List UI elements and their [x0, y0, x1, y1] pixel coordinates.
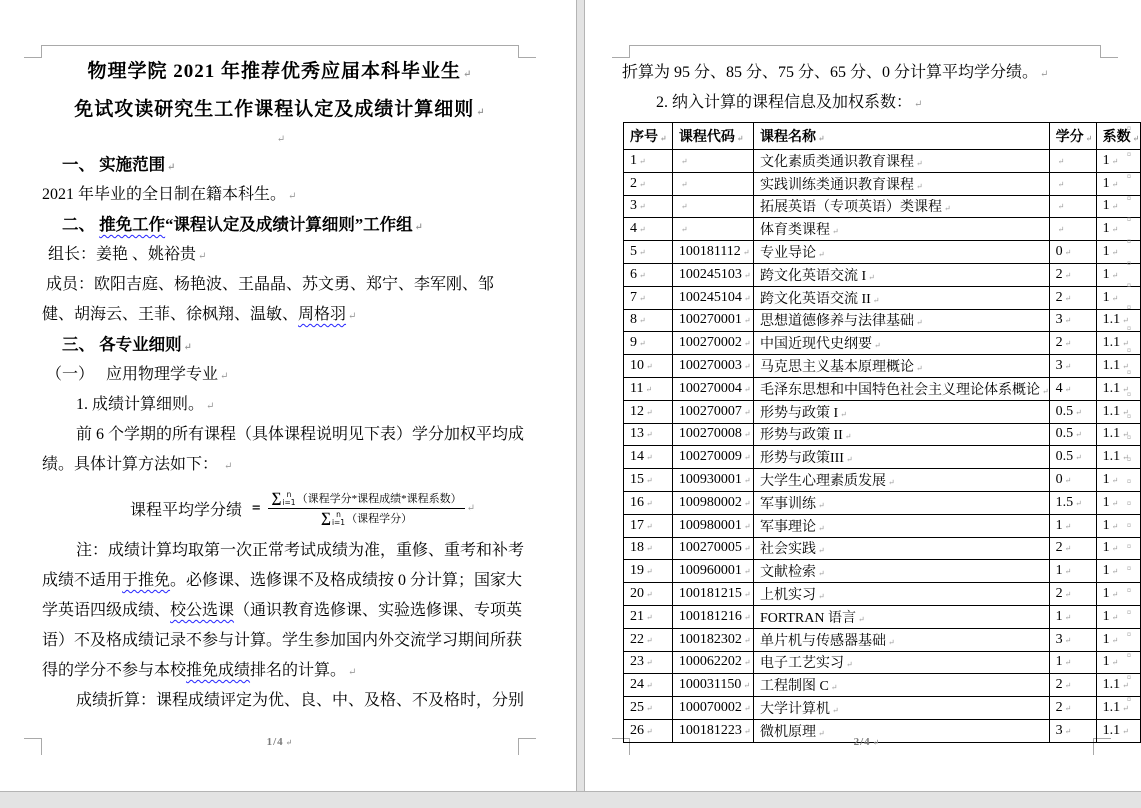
cell-end-mark: ↵	[744, 658, 751, 667]
cell-end-mark: ↵	[832, 706, 839, 715]
text-line[interactable]: 健、胡海云、王菲、徐枫翔、温敏、周格羽↵	[42, 300, 528, 330]
cell-end-mark: ↵	[1065, 590, 1072, 599]
table-cell[interactable]: 实践训练类通识教育课程↵	[753, 172, 1049, 195]
paragraph-mark: ↵	[463, 69, 472, 80]
table-cell[interactable]: 跨文化英语交流 I↵	[753, 263, 1049, 286]
table-cell[interactable]: 1.5↵	[1049, 491, 1096, 514]
table-cell[interactable]: 1↵	[1096, 286, 1140, 309]
table-cell[interactable]: 5↵	[624, 241, 673, 264]
table-cell[interactable]: 大学计算机↵	[753, 697, 1049, 720]
cell-end-mark: ↵	[744, 544, 751, 553]
table-cell[interactable]: 上机实习↵	[753, 583, 1049, 606]
text-line[interactable]: 成员：欧阳吉庭、杨艳波、王晶晶、苏文勇、郑宁、李军刚、邹	[42, 270, 528, 300]
page-2[interactable]: 折算为 95 分、85 分、75 分、65 分、0 分计算平均学分绩。↵2. 纳…	[585, 0, 1141, 791]
crop-mark-top-right	[1100, 45, 1118, 58]
paragraph-mark: ↵	[220, 371, 228, 382]
cell-end-mark: ↵	[1065, 567, 1072, 576]
table-cell[interactable]: 专业导论↵	[753, 241, 1049, 264]
table-cell[interactable]: 3↵	[1049, 719, 1096, 742]
table-cell[interactable]: 3↵	[1049, 355, 1096, 378]
cell-end-mark: ↵	[1122, 704, 1129, 713]
row-end-mark: ¤	[1127, 303, 1131, 312]
table-cell[interactable]: 17↵	[624, 514, 673, 537]
table-cell[interactable]: 1.1↵	[1096, 377, 1140, 400]
table-cell[interactable]: 100270005↵	[672, 537, 753, 560]
table-cell[interactable]: 1↵	[1096, 537, 1140, 560]
table-row: 13↵100270008↵形势与政策 II↵0.5↵1.1↵	[624, 423, 1141, 446]
table-cell[interactable]: ↵	[1049, 150, 1096, 173]
table-cell[interactable]: 1↵	[1096, 491, 1140, 514]
table-cell[interactable]: 社会实践↵	[753, 537, 1049, 560]
document-title-line-1[interactable]: 物理学院 2021 年推荐优秀应届本科毕业生↵	[42, 56, 518, 83]
text-line[interactable]: 1. 成绩计算细则。↵	[42, 390, 528, 420]
table-cell[interactable]: 2↵	[1049, 263, 1096, 286]
table-row: 23↵100062202↵电子工艺实习↵1↵1↵	[624, 651, 1141, 674]
cell-end-mark: ↵	[1065, 544, 1072, 553]
table-cell[interactable]: 100270004↵	[672, 377, 753, 400]
cell-end-mark: ↵	[681, 180, 688, 189]
cell-end-mark: ↵	[1122, 727, 1129, 736]
text-line[interactable]: 折算为 95 分、85 分、75 分、65 分、0 分计算平均学分绩。↵	[622, 58, 1122, 88]
table-cell[interactable]: 文化素质类通识教育课程↵	[753, 150, 1049, 173]
text-line[interactable]: 组长：姜艳 、姚裕贵↵	[42, 240, 528, 270]
spellcheck-underlined-text: 推免成绩	[186, 662, 250, 679]
text-line[interactable]: 注：成绩计算均取第一次正常考试成绩为准，重修、重考和补考	[42, 536, 528, 566]
table-row: 12↵100270007↵形势与政策 I↵0.5↵1.1↵	[624, 400, 1141, 423]
text-line[interactable]: 前 6 个学期的所有课程（具体课程说明见下表）学分加权平均成	[42, 420, 528, 450]
table-cell[interactable]: ↵	[1049, 218, 1096, 241]
gpa-formula[interactable]: 课程平均学分绩 = ∑ni=1（课程学分*课程成绩*课程系数） ∑ni=1（课程…	[42, 480, 528, 536]
cell-end-mark: ↵	[737, 134, 744, 143]
table-cell[interactable]: 24↵	[624, 674, 673, 697]
table-cell[interactable]: 2↵	[1049, 537, 1096, 560]
row-end-mark: ¤	[1127, 630, 1131, 639]
table-cell[interactable]: 16↵	[624, 491, 673, 514]
table-cell[interactable]: 2↵	[1049, 697, 1096, 720]
table-row: 7↵100245104↵跨文化英语交流 II↵2↵1↵	[624, 286, 1141, 309]
cell-end-mark: ↵	[744, 499, 751, 508]
cell-end-mark: ↵	[818, 569, 825, 578]
row-end-mark: ¤	[1127, 433, 1131, 442]
table-cell[interactable]: 马克思主义基本原理概论↵	[753, 355, 1049, 378]
cell-end-mark: ↵	[1112, 294, 1119, 303]
spellcheck-underlined-text: 周格羽	[298, 306, 346, 323]
table-cell[interactable]: 22↵	[624, 628, 673, 651]
table-cell[interactable]: 2↵	[624, 172, 673, 195]
table-cell[interactable]: 1.1↵	[1096, 674, 1140, 697]
cell-end-mark: ↵	[1065, 271, 1072, 280]
table-row: 17↵100980001↵军事理论↵1↵1↵	[624, 514, 1141, 537]
text-line[interactable]: 绩。具体计算方法如下： ↵	[42, 450, 528, 480]
text-line[interactable]: 语）不及格成绩记录不参与计算。学生参加国内外交流学习期间所获	[42, 626, 528, 656]
table-cell[interactable]: 1↵	[1049, 560, 1096, 583]
table-cell[interactable]: 4↵	[624, 218, 673, 241]
cell-end-mark: ↵	[1112, 658, 1119, 667]
table-cell[interactable]: 25↵	[624, 697, 673, 720]
document-title-line-2[interactable]: 免试攻读研究生工作课程认定及成绩计算细则↵	[42, 94, 518, 121]
page-number-footer: 2/4↵	[787, 736, 947, 748]
cell-end-mark: ↵	[1065, 294, 1072, 303]
table-cell[interactable]: 1.1↵	[1096, 719, 1140, 742]
row-end-mark: ¤	[1127, 390, 1131, 399]
table-cell[interactable]: 3↵	[1049, 309, 1096, 332]
table-row: 2↵↵实践训练类通识教育课程↵↵1↵	[624, 172, 1141, 195]
cell-end-mark: ↵	[744, 362, 751, 371]
table-cell[interactable]: 1↵	[1096, 514, 1140, 537]
cell-end-mark: ↵	[1112, 157, 1119, 166]
cell-end-mark: ↵	[1133, 134, 1140, 143]
paragraph-mark: ↵	[206, 401, 214, 412]
table-cell[interactable]: 中国近现代史纲要↵	[753, 332, 1049, 355]
table-cell[interactable]: 100182302↵	[672, 628, 753, 651]
cell-end-mark: ↵	[868, 273, 875, 282]
table-cell[interactable]: 100270008↵	[672, 423, 753, 446]
table-cell[interactable]: 2↵	[1049, 286, 1096, 309]
paragraph-mark: ↵	[1040, 69, 1048, 80]
table-cell[interactable]: 1↵	[1049, 514, 1096, 537]
crop-mark-top-left	[612, 45, 630, 58]
table-row: 15↵100930001↵大学生心理素质发展↵0↵1↵	[624, 469, 1141, 492]
table-cell[interactable]: 100031150↵	[672, 674, 753, 697]
cell-end-mark: ↵	[681, 157, 688, 166]
row-end-mark: ¤	[1127, 608, 1131, 617]
formula-lhs: 课程平均学分绩	[130, 497, 242, 520]
cell-end-mark: ↵	[916, 182, 923, 191]
table-cell[interactable]: 100062202↵	[672, 651, 753, 674]
table-cell[interactable]: 0↵	[1049, 469, 1096, 492]
body-text: 一、 实施范围↵2021 年毕业的全日制在籍本科生。↵二、 推免工作“课程认定及…	[42, 150, 528, 716]
course-table[interactable]: 序号↵课程代码↵课程名称↵学分↵系数↵ 1↵↵文化素质类通识教育课程↵↵1↵2↵…	[623, 122, 1141, 743]
table-cell[interactable]: 形势与政策III↵	[753, 446, 1049, 469]
row-end-mark: ¤	[1127, 150, 1131, 159]
table-cell[interactable]: ↵	[1049, 172, 1096, 195]
cell-end-mark: ↵	[646, 362, 653, 371]
table-cell[interactable]: 1↵	[1096, 628, 1140, 651]
table-cell[interactable]: 形势与政策 II↵	[753, 423, 1049, 446]
text-line[interactable]: 得的学分不参与本校推免成绩排名的计算。↵	[42, 656, 528, 686]
table-cell[interactable]: 体育类课程↵	[753, 218, 1049, 241]
sum-symbol: ∑ni=1	[321, 511, 345, 527]
cell-end-mark: ↵	[1058, 202, 1065, 211]
row-end-mark: ¤	[1127, 586, 1131, 595]
table-cell[interactable]: 3↵	[624, 195, 673, 218]
table-cell[interactable]: 1↵	[1096, 605, 1140, 628]
cell-end-mark: ↵	[1065, 704, 1072, 713]
cell-end-mark: ↵	[1112, 567, 1119, 576]
table-cell[interactable]: 跨文化英语交流 II↵	[753, 286, 1049, 309]
table-cell[interactable]: 7↵	[624, 286, 673, 309]
cell-end-mark: ↵	[646, 613, 653, 622]
table-cell[interactable]: 工程制图 C↵	[753, 674, 1049, 697]
table-cell[interactable]: 形势与政策 I↵	[753, 400, 1049, 423]
table-cell[interactable]: 1↵	[1096, 195, 1140, 218]
table-cell[interactable]: 2↵	[1049, 583, 1096, 606]
table-cell[interactable]: 1.1↵	[1096, 332, 1140, 355]
table-row: 9↵100270002↵中国近现代史纲要↵2↵1.1↵	[624, 332, 1141, 355]
paragraph-mark: ↵	[914, 99, 922, 110]
table-cell[interactable]: 6↵	[624, 263, 673, 286]
table-cell[interactable]: 26↵	[624, 719, 673, 742]
table-cell[interactable]: 10↵	[624, 355, 673, 378]
cell-end-mark: ↵	[646, 408, 653, 417]
table-cell[interactable]: ↵	[672, 150, 753, 173]
table-cell[interactable]: 100960001↵	[672, 560, 753, 583]
cell-end-mark: ↵	[744, 522, 751, 531]
table-cell[interactable]: 9↵	[624, 332, 673, 355]
cell-end-mark: ↵	[1112, 636, 1119, 645]
table-cell[interactable]: 13↵	[624, 423, 673, 446]
cell-end-mark: ↵	[744, 430, 751, 439]
cell-end-mark: ↵	[916, 159, 923, 168]
row-end-mark: ¤	[1127, 477, 1131, 486]
empty-line[interactable]: ↵	[42, 126, 518, 150]
table-cell[interactable]: 15↵	[624, 469, 673, 492]
table-cell[interactable]: 1↵	[1096, 172, 1140, 195]
table-cell[interactable]: 23↵	[624, 651, 673, 674]
table-cell[interactable]: 1↵	[1096, 241, 1140, 264]
table-cell[interactable]: 100181215↵	[672, 583, 753, 606]
table-cell[interactable]: 100181223↵	[672, 719, 753, 742]
table-row: 24↵100031150↵工程制图 C↵2↵1.1↵	[624, 674, 1141, 697]
table-cell[interactable]: 100181112↵	[672, 241, 753, 264]
page-1[interactable]: 物理学院 2021 年推荐优秀应届本科毕业生↵ 免试攻读研究生工作课程认定及成绩…	[0, 0, 576, 791]
cell-end-mark: ↵	[1112, 544, 1119, 553]
cell-end-mark: ↵	[1065, 636, 1072, 645]
cell-end-mark: ↵	[646, 727, 653, 736]
cell-end-mark: ↵	[845, 432, 852, 441]
table-cell[interactable]: 单片机与传感器基础↵	[753, 628, 1049, 651]
table-row: 16↵100980002↵军事训练↵1.5↵1↵	[624, 491, 1141, 514]
table-cell[interactable]: 思想道德修养与法律基础↵	[753, 309, 1049, 332]
text-line[interactable]: 2. 纳入计算的课程信息及加权系数：↵	[622, 88, 1122, 118]
table-cell[interactable]: 1↵	[1096, 150, 1140, 173]
table-cell[interactable]: 11↵	[624, 377, 673, 400]
cell-end-mark: ↵	[818, 134, 825, 143]
table-cell[interactable]: FORTRAN 语言↵	[753, 605, 1049, 628]
cell-end-mark: ↵	[639, 294, 646, 303]
cell-end-mark: ↵	[639, 271, 646, 280]
table-cell[interactable]: 1.1↵	[1096, 423, 1140, 446]
paragraph-mark: ↵	[288, 191, 296, 202]
cell-end-mark: ↵	[1075, 408, 1082, 417]
table-cell[interactable]: 1.1↵	[1096, 400, 1140, 423]
cell-end-mark: ↵	[646, 430, 653, 439]
table-row: 20↵100181215↵上机实习↵2↵1↵	[624, 583, 1141, 606]
table-cell[interactable]: 1↵	[1096, 560, 1140, 583]
table-cell[interactable]: 100245103↵	[672, 263, 753, 286]
table-cell[interactable]: 100980002↵	[672, 491, 753, 514]
row-end-mark: ¤	[1127, 651, 1131, 660]
row-end-mark: ¤	[1127, 237, 1131, 246]
cell-end-mark: ↵	[832, 227, 839, 236]
column-header[interactable]: 序号↵	[624, 123, 673, 150]
table-cell[interactable]: 21↵	[624, 605, 673, 628]
row-end-mark: ¤	[1127, 368, 1131, 377]
text-line[interactable]: 成绩折算：课程成绩评定为优、良、中、及格、不及格时，分别	[42, 686, 528, 716]
table-cell[interactable]: 1↵	[1096, 583, 1140, 606]
table-row: 10↵100270003↵马克思主义基本原理概论↵3↵1.1↵	[624, 355, 1141, 378]
table-cell[interactable]: 军事训练↵	[753, 491, 1049, 514]
cell-end-mark: ↵	[944, 204, 951, 213]
table-cell[interactable]: ↵	[1049, 195, 1096, 218]
row-end-mark: ¤	[1127, 172, 1131, 181]
text-line[interactable]: 三、 各专业细则↵	[42, 330, 528, 360]
crop-mark-bottom-right	[518, 738, 536, 755]
table-cell[interactable]: 电子工艺实习↵	[753, 651, 1049, 674]
table-cell[interactable]: 1↵	[1049, 605, 1096, 628]
cell-end-mark: ↵	[1112, 522, 1119, 531]
cell-end-mark: ↵	[639, 316, 646, 325]
cell-end-mark: ↵	[639, 180, 646, 189]
row-end-mark: ¤	[1127, 564, 1131, 573]
cell-end-mark: ↵	[888, 638, 895, 647]
table-cell[interactable]: 0.5↵	[1049, 400, 1096, 423]
table-cell[interactable]: 100270009↵	[672, 446, 753, 469]
spellcheck-underlined-text: 推免工作	[99, 215, 165, 234]
row-end-mark: ¤	[1127, 281, 1131, 290]
cell-end-mark: ↵	[1112, 499, 1119, 508]
cell-end-mark: ↵	[744, 316, 751, 325]
paragraph-mark: ↵	[198, 251, 206, 262]
table-row: 8↵100270001↵思想道德修养与法律基础↵3↵1.1↵	[624, 309, 1141, 332]
table-row: 6↵100245103↵跨文化英语交流 I↵2↵1↵	[624, 263, 1141, 286]
table-cell[interactable]: 100245104↵	[672, 286, 753, 309]
paragraph-mark: ↵	[277, 134, 285, 145]
table-cell[interactable]: 毛泽东思想和中国特色社会主义理论体系概论↵	[753, 377, 1049, 400]
cell-end-mark: ↵	[681, 225, 688, 234]
paragraph-mark: ↵	[467, 503, 475, 514]
cell-end-mark: ↵	[1065, 613, 1072, 622]
table-cell[interactable]: 100270002↵	[672, 332, 753, 355]
cell-end-mark: ↵	[1075, 430, 1082, 439]
table-cell[interactable]: 1↵	[1096, 651, 1140, 674]
table-row: 21↵100181216↵FORTRAN 语言↵1↵1↵	[624, 605, 1141, 628]
table-cell[interactable]: 1.1↵	[1096, 446, 1140, 469]
text-line[interactable]: 一、 实施范围↵	[42, 150, 528, 180]
cell-end-mark: ↵	[744, 271, 751, 280]
cell-end-mark: ↵	[1112, 180, 1119, 189]
table-cell[interactable]: 100070002↵	[672, 697, 753, 720]
text-line[interactable]: 二、 推免工作“课程认定及成绩计算细则”工作组↵	[42, 210, 528, 240]
paragraph-mark: ↵	[348, 311, 356, 322]
table-cell[interactable]: 1.1↵	[1096, 309, 1140, 332]
table-cell[interactable]: 0↵	[1049, 241, 1096, 264]
table-cell[interactable]: 3↵	[1049, 628, 1096, 651]
table-cell[interactable]: 18↵	[624, 537, 673, 560]
table-cell[interactable]: 1.1↵	[1096, 355, 1140, 378]
table-cell[interactable]: 2↵	[1049, 674, 1096, 697]
table-cell[interactable]: 8↵	[624, 309, 673, 332]
table-cell[interactable]: 0.5↵	[1049, 423, 1096, 446]
cell-end-mark: ↵	[639, 248, 646, 257]
row-end-mark: ¤	[1127, 499, 1131, 508]
table-cell[interactable]: 4↵	[1049, 377, 1096, 400]
cell-end-mark: ↵	[646, 658, 653, 667]
table-cell[interactable]: 0.5↵	[1049, 446, 1096, 469]
paragraph-mark: ↵	[184, 342, 192, 353]
table-cell[interactable]: 100980001↵	[672, 514, 753, 537]
text-line[interactable]: 成绩不适用于推免。必修课、选修课不及格成绩按 0 分计算；国家大	[42, 566, 528, 596]
table-cell[interactable]: 1↵	[1096, 218, 1140, 241]
row-end-mark: ¤	[1127, 194, 1131, 203]
paragraph-mark: ↵	[415, 222, 423, 233]
table-cell[interactable]: 1↵	[624, 150, 673, 173]
table-cell[interactable]: 100270007↵	[672, 400, 753, 423]
equals-sign: =	[252, 500, 260, 516]
row-end-mark: ¤	[1127, 124, 1131, 133]
cell-end-mark: ↵	[858, 615, 865, 624]
table-cell[interactable]: 100270001↵	[672, 309, 753, 332]
column-header[interactable]: 课程代码↵	[672, 123, 753, 150]
table-cell[interactable]: 19↵	[624, 560, 673, 583]
table-cell[interactable]: 拓展英语（专项英语）类课程↵	[753, 195, 1049, 218]
cell-end-mark: ↵	[1065, 658, 1072, 667]
table-cell[interactable]: 12↵	[624, 400, 673, 423]
cell-end-mark: ↵	[743, 681, 750, 690]
column-header[interactable]: 系数↵	[1096, 123, 1140, 150]
table-cell[interactable]: 1↵	[1049, 651, 1096, 674]
table-cell[interactable]: 文献检索↵	[753, 560, 1049, 583]
text-line[interactable]: 2021 年毕业的全日制在籍本科生。↵	[42, 180, 528, 210]
column-header[interactable]: 学分↵	[1049, 123, 1096, 150]
cell-end-mark: ↵	[646, 522, 653, 531]
row-end-mark: ¤	[1127, 542, 1131, 551]
cell-end-mark: ↵	[646, 453, 653, 462]
table-cell[interactable]: 1.1↵	[1096, 697, 1140, 720]
paragraph-mark: ↵	[286, 738, 294, 747]
cell-end-mark: ↵	[1065, 248, 1072, 257]
text-line[interactable]: 学英语四级成绩、校公选课（通识教育选修课、实验选修课、专项英	[42, 596, 528, 626]
crop-mark-top-left	[24, 45, 42, 58]
cell-end-mark: ↵	[1112, 248, 1119, 257]
cell-end-mark: ↵	[1065, 681, 1072, 690]
cell-end-mark: ↵	[744, 613, 751, 622]
formula-denominator: （课程学分）	[346, 513, 412, 525]
table-cell[interactable]: 100930001↵	[672, 469, 753, 492]
cell-end-mark: ↵	[681, 202, 688, 211]
cell-end-mark: ↵	[646, 636, 653, 645]
table-cell[interactable]: 100270003↵	[672, 355, 753, 378]
table-cell[interactable]: 军事理论↵	[753, 514, 1049, 537]
cell-end-mark: ↵	[1112, 202, 1119, 211]
cell-end-mark: ↵	[1065, 339, 1072, 348]
cell-end-mark: ↵	[744, 636, 751, 645]
table-cell[interactable]: 1↵	[1096, 263, 1140, 286]
cell-end-mark: ↵	[646, 704, 653, 713]
body-text: 折算为 95 分、85 分、75 分、65 分、0 分计算平均学分绩。↵2. 纳…	[622, 58, 1122, 118]
cell-end-mark: ↵	[1065, 476, 1072, 485]
table-cell[interactable]: 100181216↵	[672, 605, 753, 628]
table-cell[interactable]: ↵	[672, 172, 753, 195]
cell-end-mark: ↵	[1065, 316, 1072, 325]
cell-end-mark: ↵	[818, 592, 825, 601]
column-header[interactable]: 课程名称↵	[753, 123, 1049, 150]
table-cell[interactable]: 2↵	[1049, 332, 1096, 355]
table-row: 5↵100181112↵专业导论↵0↵1↵	[624, 241, 1141, 264]
table-cell[interactable]: 14↵	[624, 446, 673, 469]
text-line[interactable]: （一） 应用物理学专业↵	[42, 360, 528, 390]
cell-end-mark: ↵	[1112, 271, 1119, 280]
table-cell[interactable]: ↵	[672, 218, 753, 241]
table-cell[interactable]: 1↵	[1096, 469, 1140, 492]
cell-end-mark: ↵	[818, 250, 825, 259]
table-cell[interactable]: 大学生心理素质发展↵	[753, 469, 1049, 492]
cell-end-mark: ↵	[1075, 499, 1082, 508]
table-cell[interactable]: ↵	[672, 195, 753, 218]
table-cell[interactable]: 20↵	[624, 583, 673, 606]
bottom-strip	[0, 791, 1141, 808]
table-row: 22↵100182302↵单片机与传感器基础↵3↵1↵	[624, 628, 1141, 651]
